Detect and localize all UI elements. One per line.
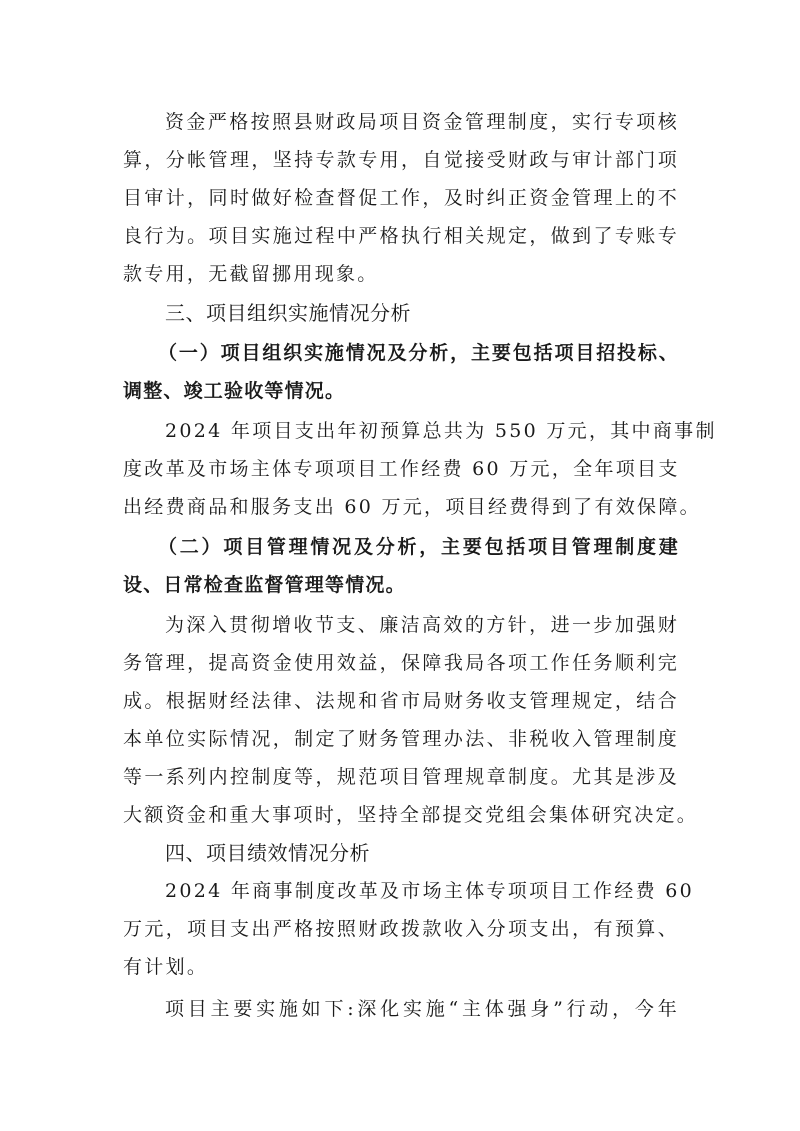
paragraph-line: 款专用，无截留挪用现象。 (123, 259, 679, 289)
subsection-heading-1: （一）项目组织实施情况及分析，主要包括项目招投标、 (158, 338, 679, 368)
paragraph-line: 2024 年商事制度改革及市场主体专项项目工作经费 60 (165, 876, 679, 906)
paragraph-line: 出经费商品和服务支出 60 万元，项目经费得到了有效保障。 (123, 492, 679, 522)
paragraph-line: 资金严格按照县财政局项目资金管理制度，实行专项核 (165, 107, 679, 137)
paragraph-line: 目审计，同时做好检查督促工作，及时纠正资金管理上的不 (123, 183, 679, 213)
paragraph-line: 本单位实际情况，制定了财务管理办法、非税收入管理制度 (123, 724, 679, 754)
paragraph-line: 务管理，提高资金使用效益，保障我局各项工作任务顺利完 (123, 648, 679, 678)
paragraph-line: 良行为。项目实施过程中严格执行相关规定，做到了专账专 (123, 221, 679, 251)
paragraph-line: 成。根据财经法律、法规和省市局财务收支管理规定，结合 (123, 686, 679, 716)
subsection-heading-1-cont: 调整、竣工验收等情况。 (123, 376, 679, 406)
document-page: 资金严格按照县财政局项目资金管理制度，实行专项核 算，分帐管理，坚持专款专用，自… (0, 0, 800, 1131)
subsection-heading-2: （二）项目管理情况及分析，主要包括项目管理制度建 (158, 532, 679, 562)
paragraph-line: 万元，项目支出严格按照财政拨款收入分项支出，有预算、 (123, 914, 679, 944)
paragraph-line: 算，分帐管理，坚持专款专用，自觉接受财政与审计部门项 (123, 145, 679, 175)
paragraph-line: 为深入贯彻增收节支、廉洁高效的方针，进一步加强财 (165, 610, 679, 640)
paragraph-line: 度改革及市场主体专项项目工作经费 60 万元，全年项目支 (123, 454, 679, 484)
paragraph-line: 2024 年项目支出年初预算总共为 550 万元，其中商事制 (165, 416, 679, 446)
paragraph-line: 有计划。 (123, 952, 679, 982)
paragraph-line: 大额资金和重大事项时，坚持全部提交党组会集体研究决定。 (123, 800, 679, 830)
section-heading-4: 四、项目绩效情况分析 (165, 838, 679, 868)
subsection-heading-2-cont: 设、日常检查监督管理等情况。 (123, 570, 679, 600)
paragraph-line: 项目主要实施如下:深化实施“主体强身”行动，今年 (165, 994, 679, 1024)
paragraph-line: 等一系列内控制度等，规范项目管理规章制度。尤其是涉及 (123, 762, 679, 792)
section-heading-3: 三、项目组织实施情况分析 (165, 298, 679, 328)
